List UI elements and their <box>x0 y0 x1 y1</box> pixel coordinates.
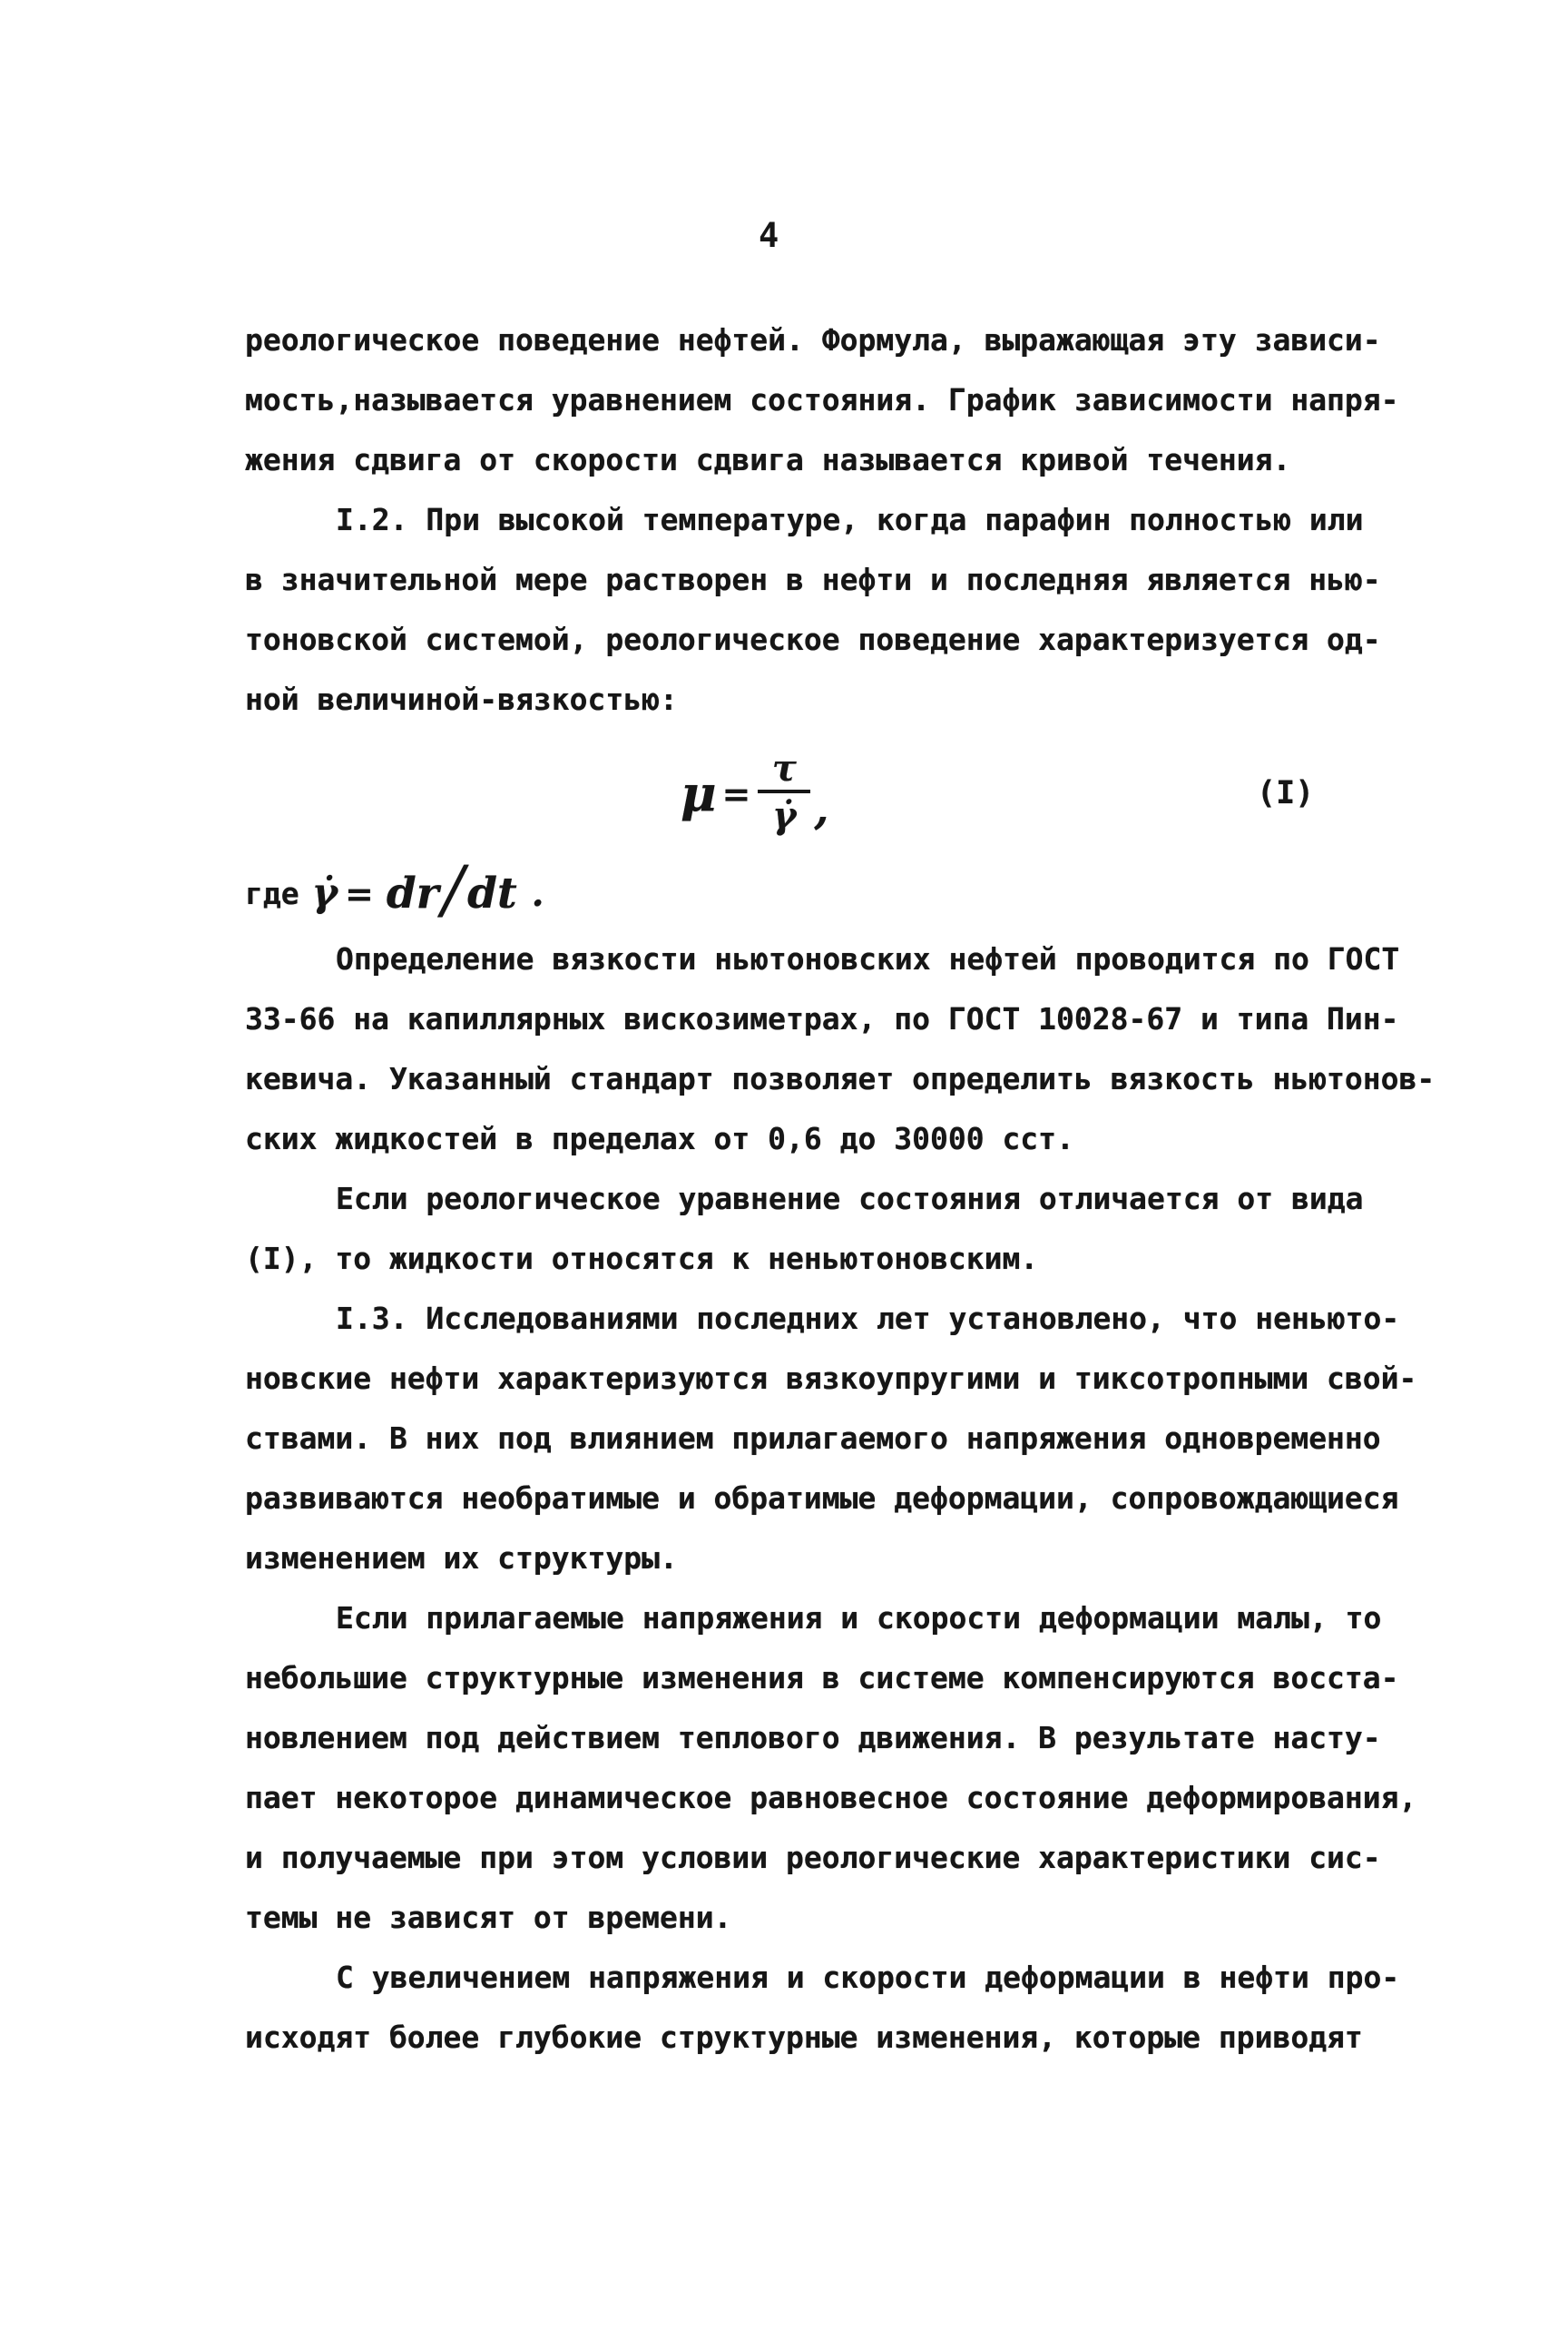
dt-term: dt <box>467 869 517 919</box>
text-line: ствами. В них под влиянием прилагаемого … <box>245 1409 1452 1469</box>
text-line: ских жидкостей в пределах от 0,6 до 3000… <box>245 1109 1452 1169</box>
paragraph: I.3. Исследованиями последних лет устано… <box>245 1289 1452 1588</box>
text-line: Если прилагаемые напряжения и скорости д… <box>245 1588 1452 1648</box>
text-line: ной величиной-вязкостью: <box>245 670 1452 730</box>
text-before-formula: реологическое поведение нефтей. Формула,… <box>245 310 1452 730</box>
text-line: С увеличением напряжения и скорости дефо… <box>245 1948 1452 2008</box>
mu-symbol: μ <box>681 769 717 818</box>
equation-number: (I) <box>1257 730 1314 857</box>
text-line: кевича. Указанный стандарт позволяет опр… <box>245 1049 1452 1109</box>
text-line: реологическое поведение нефтей. Формула,… <box>245 310 1452 370</box>
text-after-formula: Определение вязкости ньютоновских нефтей… <box>245 929 1452 2068</box>
text-line: изменением их структуры. <box>245 1528 1452 1588</box>
text-line: I.3. Исследованиями последних лет устано… <box>245 1289 1452 1349</box>
document-page: 4 реологическое поведение нефтей. Формул… <box>0 0 1568 2339</box>
equation-row: μ = τ γ̇ , (I) <box>245 730 1452 857</box>
paragraph: I.2. При высокой температуре, когда пара… <box>245 490 1452 730</box>
comma: , <box>814 784 828 833</box>
tau-numerator: τ <box>772 748 797 790</box>
text-line: и получаемые при этом условии реологичес… <box>245 1828 1452 1888</box>
text-line: новские нефти характеризуются вязкоупруг… <box>245 1349 1452 1409</box>
division-slash: / <box>442 852 464 927</box>
equals-sign: = <box>345 873 374 914</box>
gamma-dot-symbol: γ̇ <box>312 870 338 916</box>
text-line: тоновской системой, реологическое поведе… <box>245 610 1452 670</box>
equals-sign: = <box>717 773 759 814</box>
text-line: мость,называется уравнением состояния. Г… <box>245 370 1452 430</box>
text-line: исходят более глубокие структурные измен… <box>245 2008 1452 2068</box>
equation: μ = τ γ̇ , <box>681 730 828 857</box>
document-text: реологическое поведение нефтей. Формула,… <box>245 310 1452 2068</box>
text-line: пает некоторое динамическое равновесное … <box>245 1768 1452 1828</box>
dr-term: dr <box>387 869 439 919</box>
paragraph: С увеличением напряжения и скорости дефо… <box>245 1948 1452 2068</box>
text-line: развиваются необратимые и обратимые дефо… <box>245 1469 1452 1528</box>
text-line: темы не зависят от времени. <box>245 1888 1452 1948</box>
text-line: Определение вязкости ньютоновских нефтей… <box>245 929 1452 989</box>
text-line: небольшие структурные изменения в систем… <box>245 1648 1452 1708</box>
text-line: I.2. При высокой температуре, когда пара… <box>245 490 1452 550</box>
where-word: где <box>245 876 299 911</box>
page-number: 4 <box>759 218 779 254</box>
text-line: новлением под действием теплового движен… <box>245 1708 1452 1768</box>
paragraph: Если прилагаемые напряжения и скорости д… <box>245 1588 1452 1948</box>
paragraph: реологическое поведение нефтей. Формула,… <box>245 310 1452 490</box>
text-line: 33-66 на капиллярных вискозиметрах, по Г… <box>245 989 1452 1049</box>
paragraph: Если реологическое уравнение состояния о… <box>245 1169 1452 1289</box>
paragraph: Определение вязкости ньютоновских нефтей… <box>245 929 1452 1169</box>
text-line: в значительной мере растворен в нефти и … <box>245 550 1452 610</box>
fraction: τ γ̇ <box>758 748 810 839</box>
text-line: (I), то жидкости относятся к неньютоновс… <box>245 1229 1452 1289</box>
text-line: Если реологическое уравнение состояния о… <box>245 1169 1452 1229</box>
period: . <box>532 872 544 915</box>
text-line: жения сдвига от скорости сдвига называет… <box>245 430 1452 490</box>
gamma-dot-denominator: γ̇ <box>772 793 796 839</box>
where-clause: где γ̇ = dr / dt . <box>245 857 1452 929</box>
